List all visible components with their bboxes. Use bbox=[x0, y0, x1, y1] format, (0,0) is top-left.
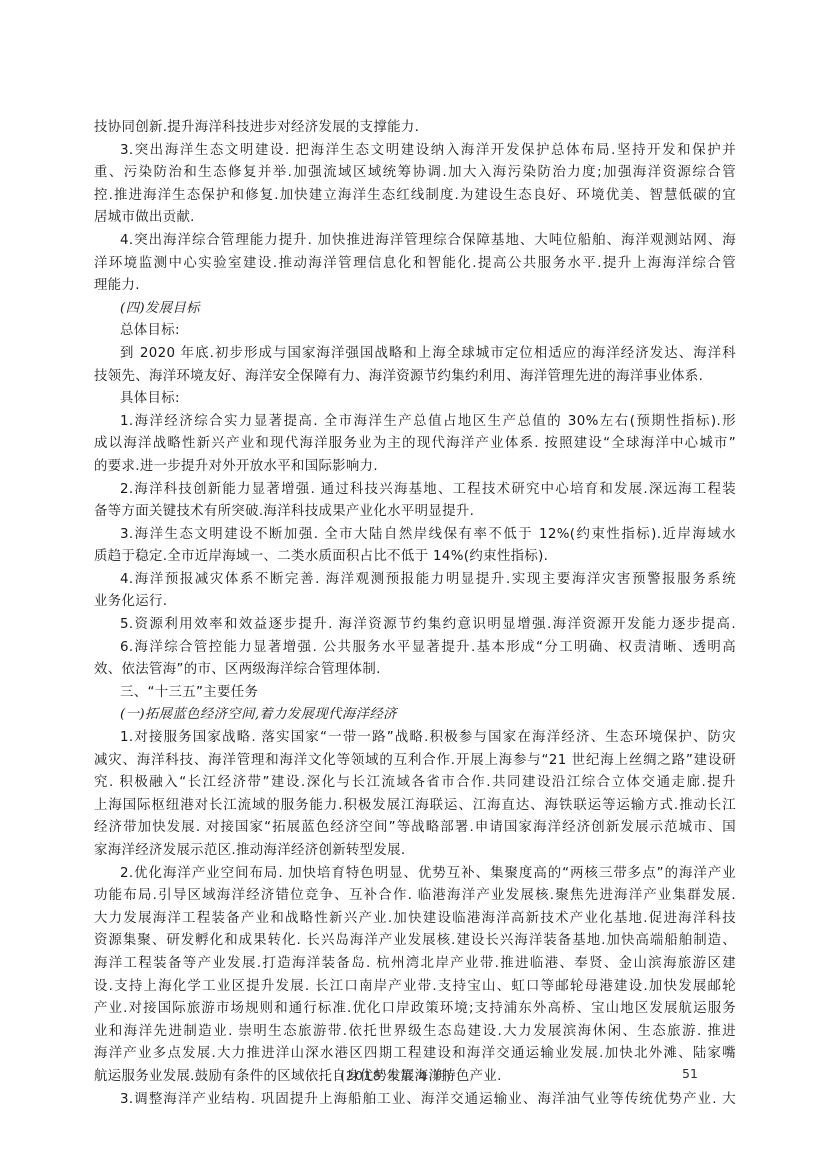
page-footer: (2018 年第 4 期) 51 bbox=[0, 1066, 827, 1088]
text-line: 效、依法管海”的市、区两级海洋综合管理体制. bbox=[94, 659, 736, 682]
text-line: 资源集聚、研发孵化和成果转化. 长兴岛海洋产业发展核.建设长兴海洋装备基地.加快… bbox=[94, 930, 736, 953]
text-line: 1.对接服务国家战略. 落实国家“一带一路”战略.积极参与国家在海洋经济、生态环… bbox=[94, 727, 736, 750]
section-heading: (一)拓展蓝色经济空间,着力发展现代海洋经济 bbox=[94, 704, 736, 727]
text-line: 居城市做出贡献. bbox=[94, 207, 736, 230]
text-line: 海洋工程装备等产业发展.打造海洋装备岛. 杭州湾北岸产业带.推进临港、奉贤、金山… bbox=[94, 953, 736, 976]
issue-label: (2018 年第 4 期) bbox=[340, 1066, 452, 1084]
text-line: 6.海洋综合管控能力显著增强. 公共服务水平显著提升.基本形成“分工明确、权责清… bbox=[94, 637, 736, 660]
text-line: 具体目标: bbox=[94, 388, 736, 411]
text-line: 技协同创新.提升海洋科技进步对经济发展的支撑能力. bbox=[94, 117, 736, 140]
text-line: 三、“十三五”主要任务 bbox=[94, 682, 736, 705]
text-line: 减灾、海洋科技、海洋管理和海洋文化等领域的互利合作.开展上海参与“21 世纪海上… bbox=[94, 750, 736, 773]
section-heading: (四)发展目标 bbox=[94, 298, 736, 321]
text-line: 大力发展海洋工程装备产业和战略性新兴产业.加快建设临港海洋高新技术产业化基地.促… bbox=[94, 908, 736, 931]
text-line: 1.海洋经济综合实力显著提高. 全市海洋生产总值占地区生产总值的 30%左右(预… bbox=[94, 411, 736, 434]
text-line: 技领先、海洋环境友好、海洋安全保障有力、海洋资源节约集约利用、海洋管理先进的海洋… bbox=[94, 366, 736, 389]
text-line: 备等方面关键技术有所突破.海洋科技成果产业化水平明显提升. bbox=[94, 501, 736, 524]
text-line: 业务化运行. bbox=[94, 591, 736, 614]
page-number: 51 bbox=[682, 1066, 698, 1081]
text-line: 到 2020 年底.初步形成与国家海洋强国战略和上海全球城市定位相适应的海洋经济… bbox=[94, 343, 736, 366]
text-line: 家海洋经济发展示范区.推动海洋经济创新转型发展. bbox=[94, 840, 736, 863]
text-line: 控.推进海洋生态保护和修复.加快建立海洋生态红线制度.为建设生态良好、环境优美、… bbox=[94, 185, 736, 208]
text-line: 重、污染防治和生态修复并举.加强流域区域统筹协调.加大入海污染防治力度;加强海洋… bbox=[94, 162, 736, 185]
text-line: 上海国际枢纽港对长江流域的服务能力.积极发展江海联运、江海直达、海铁联运等运输方… bbox=[94, 795, 736, 818]
text-line: 3.突出海洋生态文明建设. 把海洋生态文明建设纳入海洋开发保护总体布局.坚持开发… bbox=[94, 140, 736, 163]
text-line: 经济带加快发展. 对接国家“拓展蓝色经济空间”等战略部署.申请国家海洋经济创新发… bbox=[94, 817, 736, 840]
text-line: 的要求.进一步提升对外开放水平和国际影响力. bbox=[94, 456, 736, 479]
text-line: 海洋产业多点发展.大力推进洋山深水港区四期工程建设和海洋交通运输业发展.加快北外… bbox=[94, 1043, 736, 1066]
text-line: 4.突出海洋综合管理能力提升. 加快推进海洋管理综合保障基地、大吨位船舶、海洋观… bbox=[94, 230, 736, 253]
document-body: 技协同创新.提升海洋科技进步对经济发展的支撑能力.3.突出海洋生态文明建设. 把… bbox=[94, 117, 736, 1111]
text-line: 总体目标: bbox=[94, 320, 736, 343]
text-line: 究. 积极融入“长江经济带”建设.深化与长江流域各省市合作.共同建设沿江综合立体… bbox=[94, 772, 736, 795]
text-line: 5.资源利用效率和效益逐步提升. 海洋资源节约集约意识明显增强.海洋资源开发能力… bbox=[94, 614, 736, 637]
text-line: 洋环境监测中心实验室建设.推动海洋管理信息化和智能化.提高公共服务水平.提升上海… bbox=[94, 253, 736, 276]
text-line: 质趋于稳定.全市近岸海域一、二类水质面积占比不低于 14%(约束性指标). bbox=[94, 546, 736, 569]
text-line: 功能布局.引导区域海洋经济错位竞争、互补合作. 临港海洋产业发展核.聚焦先进海洋… bbox=[94, 885, 736, 908]
text-line: 3.调整海洋产业结构. 巩固提升上海船舶工业、海洋交通运输业、海洋油气业等传统优… bbox=[94, 1089, 736, 1112]
text-line: 设.支持上海化学工业区提升发展. 长江口南岸产业带.支持宝山、虹口等邮轮母港建设… bbox=[94, 976, 736, 999]
text-line: 成以海洋战略性新兴产业和现代海洋服务业为主的现代海洋产业体系. 按照建设“全球海… bbox=[94, 433, 736, 456]
text-line: 业和海洋先进制造业. 崇明生态旅游带.依托世界级生态岛建设.大力发展滨海休闲、生… bbox=[94, 1021, 736, 1044]
text-line: 理能力. bbox=[94, 275, 736, 298]
text-line: 2.优化海洋产业空间布局. 加快培育特色明显、优势互补、集聚度高的“两核三带多点… bbox=[94, 863, 736, 886]
text-line: 产业.对接国际旅游市场规则和通行标准.优化口岸政策环境;支持浦东外高桥、宝山地区… bbox=[94, 998, 736, 1021]
text-line: 2.海洋科技创新能力显著增强. 通过科技兴海基地、工程技术研究中心培育和发展.深… bbox=[94, 479, 736, 502]
text-line: 3.海洋生态文明建设不断加强. 全市大陆自然岸线保有率不低于 12%(约束性指标… bbox=[94, 524, 736, 547]
text-line: 4.海洋预报减灾体系不断完善. 海洋观测预报能力明显提升.实现主要海洋灾害预警报… bbox=[94, 569, 736, 592]
